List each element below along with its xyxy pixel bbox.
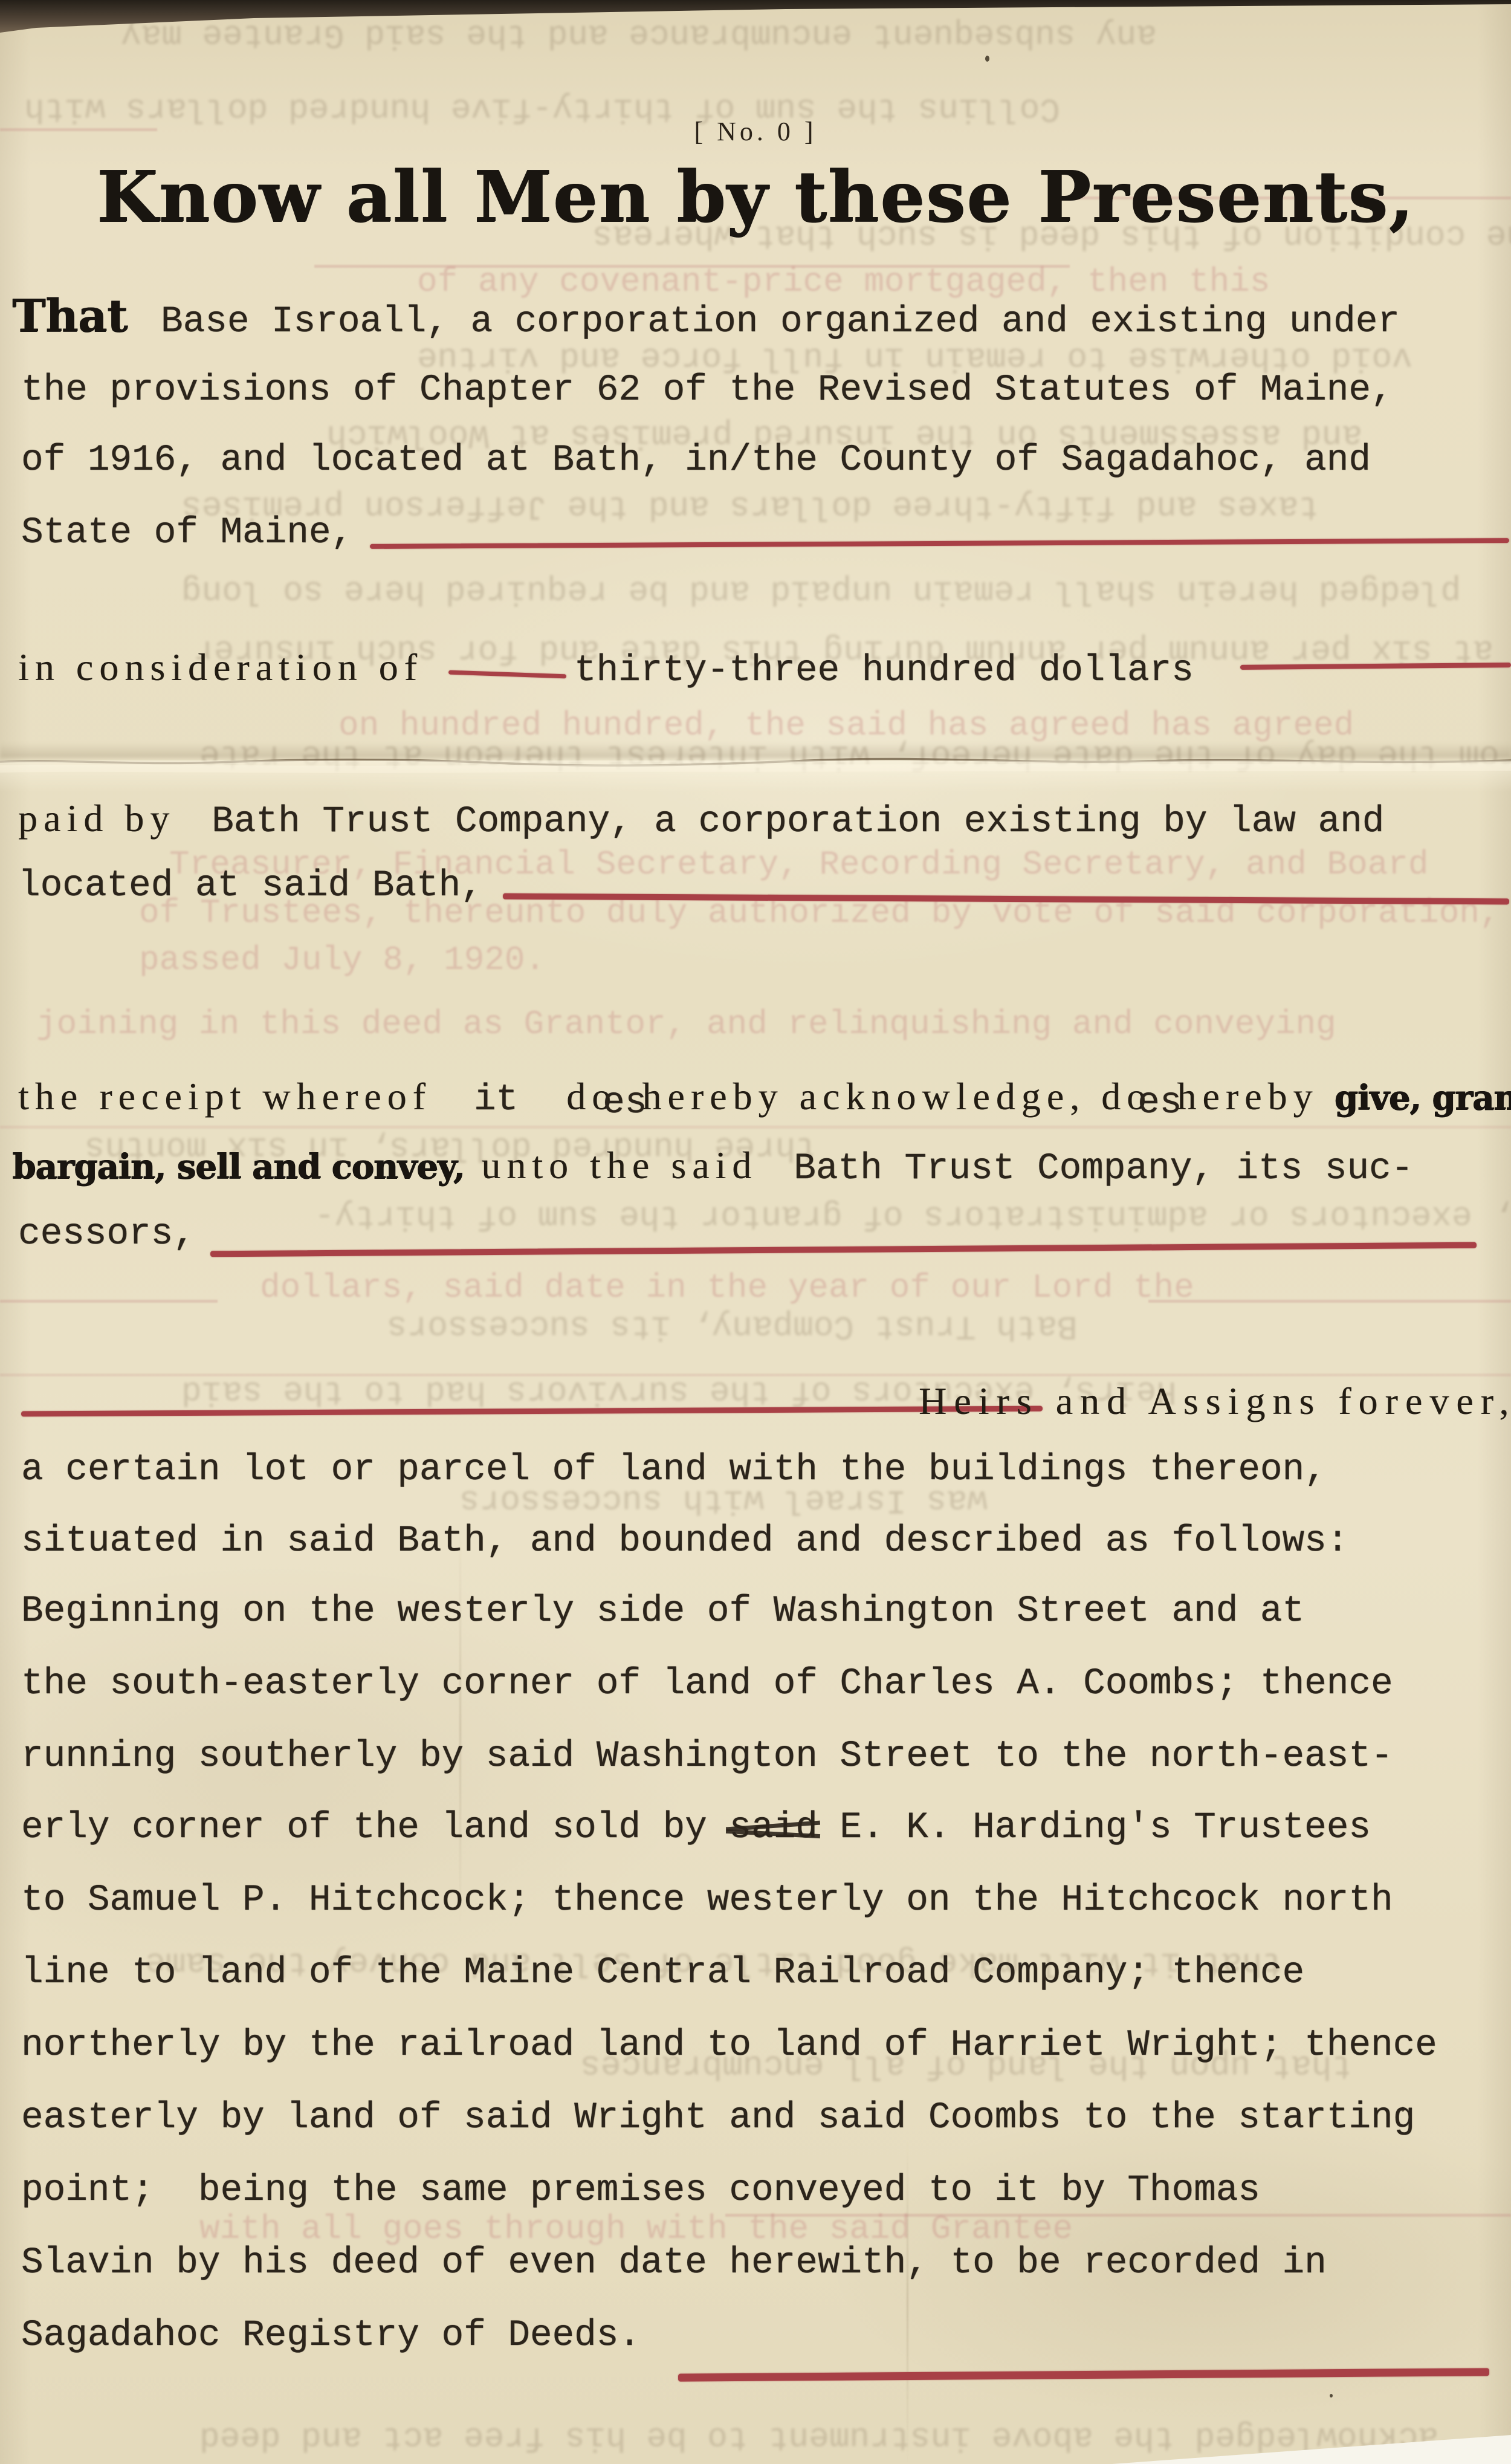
grantee-repeat-text: Bath Trust Company, its suc-: [794, 1149, 1413, 1190]
that-word: That: [12, 291, 128, 342]
grantor-text: the provisions of Chapter 62 of the Revi…: [21, 370, 1393, 411]
premises-text: situated in said Bath, and bounded and d…: [21, 1521, 1348, 1562]
bleedthrough-text: Bath Trust Company, its successors: [387, 1307, 1078, 1346]
description-line-3: running southerly by said Washington Str…: [21, 1736, 1393, 1777]
bleedthrough-red-line: [0, 1126, 1511, 1129]
description-line-4: erly corner of the land sold by said E. …: [21, 1807, 1371, 1849]
bleedthrough-red-line: [314, 265, 1070, 268]
description-line-9: point; being the same premises conveyed …: [21, 2170, 1260, 2211]
paid-by-line: paid by Bath Trust Company, a corporatio…: [18, 797, 1384, 843]
description-text: to Samuel P. Hitchcock; thence westerly …: [21, 1880, 1393, 1921]
grantor-text: State of Maine,: [21, 513, 353, 554]
fold-highlight: [0, 760, 1511, 792]
grantee-text: located at said Bath,: [18, 866, 483, 907]
grantor-clause-line-4: State of Maine,: [21, 513, 353, 554]
struck-out-word: said: [729, 1807, 817, 1849]
scan-edge-top: [0, 0, 1511, 36]
description-text: erly corner of the land sold by: [21, 1807, 729, 1849]
description-text: point; being the same premises conveyed …: [21, 2170, 1260, 2211]
bleedthrough-red-line: [0, 1373, 1511, 1376]
bleedthrough-text: on hundred hundred, the said has agreed …: [338, 706, 1354, 745]
grantee-location-line: located at said Bath,: [18, 866, 483, 907]
receipt-clause-line: the receipt whereof it do es hereby ackn…: [18, 1075, 1511, 1121]
bleedthrough-text: joining in this deed as Grantor, and rel…: [36, 1005, 1336, 1043]
ink-speck: [985, 56, 989, 62]
grantor-clause-line-2: the provisions of Chapter 62 of the Revi…: [21, 370, 1393, 411]
red-ink-line: [503, 893, 1509, 905]
recording-line-1: Slavin by his deed of even date herewith…: [21, 2243, 1327, 2284]
heirs-assigns-text: Heirs and Assigns forever,: [919, 1380, 1511, 1423]
paid-by-label: paid by: [18, 797, 175, 840]
red-ink-line: [21, 1406, 1043, 1417]
grantor-clause-line-3: of 1916, and located at Bath, in/the Cou…: [21, 440, 1371, 481]
bleedthrough-text: acknowledged the above instrument to be …: [199, 2418, 1438, 2457]
description-line-2: the south-easterly corner of land of Cha…: [21, 1664, 1393, 1705]
description-text: the south-easterly corner of land of Cha…: [21, 1664, 1393, 1705]
recording-text: Slavin by his deed of even date herewith…: [21, 2243, 1327, 2284]
consideration-line: in consideration of thirty-three hundred…: [18, 646, 1194, 692]
red-ink-line: [678, 2368, 1489, 2381]
bleedthrough-red-line: [1148, 1300, 1511, 1303]
scan-edge-bottom-right: [1112, 2428, 1511, 2464]
grantor-clause-line-1: That Base Isroall, a corporation organiz…: [12, 291, 1400, 343]
granting-clause-line: bargain, sell and convey, unto the said …: [12, 1144, 1413, 1190]
premises-text: a certain lot or parcel of land with the…: [21, 1450, 1327, 1491]
red-ink-line: [1240, 663, 1511, 670]
bleedthrough-text: pledged herein shall remain unpaid and b…: [181, 572, 1461, 611]
bargain-sell-convey-words: bargain, sell and convey,: [12, 1148, 464, 1186]
bleedthrough-red-line: [725, 2214, 1511, 2217]
heirs-assigns-line: Heirs and Assigns forever,: [919, 1380, 1511, 1423]
consideration-amount: thirty-three hundred dollars: [574, 650, 1194, 692]
bleedthrough-text: dollars, said date in the year of our Lo…: [260, 1268, 1194, 1307]
consideration-label: in consideration of: [18, 646, 423, 689]
successors-text: cessors,: [18, 1214, 195, 1255]
give-grant-words: give, grant,: [1334, 1079, 1511, 1117]
red-ink-line: [210, 1242, 1477, 1257]
recording-text: Sagadahoc Registry of Deeds.: [21, 2315, 641, 2356]
form-number: [ No. 0 ]: [0, 116, 1511, 147]
description-text: easterly by land of said Wright and said…: [21, 2098, 1415, 2139]
description-line-8: easterly by land of said Wright and said…: [21, 2098, 1415, 2139]
hereby-word: hereby: [1177, 1075, 1318, 1118]
red-ink-line: [370, 538, 1509, 549]
premises-line-1: a certain lot or parcel of land with the…: [21, 1450, 1327, 1491]
premises-line-2: situated in said Bath, and bounded and d…: [21, 1521, 1348, 1562]
bleedthrough-red-line: [0, 1300, 218, 1303]
deed-document-scan: any subsequent encumbrance and the said …: [0, 0, 1511, 2464]
es-insert: es: [603, 1083, 647, 1124]
description-line-6: line to land of the Maine Central Railro…: [21, 1953, 1304, 1994]
description-text: line to land of the Maine Central Railro…: [21, 1953, 1304, 1994]
grantor-text: of 1916, and located at Bath, in/the Cou…: [21, 440, 1371, 481]
receipt-label: the receipt whereof: [18, 1075, 432, 1118]
successors-line: cessors,: [18, 1214, 195, 1255]
description-text: northerly by the railroad land to land o…: [21, 2025, 1437, 2066]
description-text: Beginning on the westerly side of Washin…: [21, 1591, 1304, 1632]
description-line-1: Beginning on the westerly side of Washin…: [21, 1591, 1304, 1632]
it-word: it: [474, 1080, 518, 1121]
bleedthrough-text: any subsequent encumbrance and the said …: [121, 16, 1157, 54]
ink-speck: [1330, 2394, 1333, 2398]
description-text: E. K. Harding's Trustees: [818, 1807, 1371, 1849]
unto-the-said: unto the said: [481, 1144, 757, 1187]
grantee-name-text: Bath Trust Company, a corporation existi…: [212, 802, 1384, 843]
recording-line-2: Sagadahoc Registry of Deeds.: [21, 2315, 641, 2356]
description-line-7: northerly by the railroad land to land o…: [21, 2025, 1437, 2066]
hereby-acknowledge: hereby acknowledge,: [642, 1075, 1086, 1118]
description-text: running southerly by said Washington Str…: [21, 1736, 1393, 1777]
deed-title: Know all Men by these Presents,: [0, 156, 1511, 238]
grantor-name-text: Base Isroall, a corporation organized an…: [161, 302, 1400, 343]
bleedthrough-text: Heirs, executors or administrators of gr…: [314, 1197, 1511, 1236]
es-insert: es: [1137, 1083, 1182, 1124]
bleedthrough-text: passed July 8, 1920.: [139, 941, 545, 979]
description-line-5: to Samuel P. Hitchcock; thence westerly …: [21, 1880, 1393, 1921]
